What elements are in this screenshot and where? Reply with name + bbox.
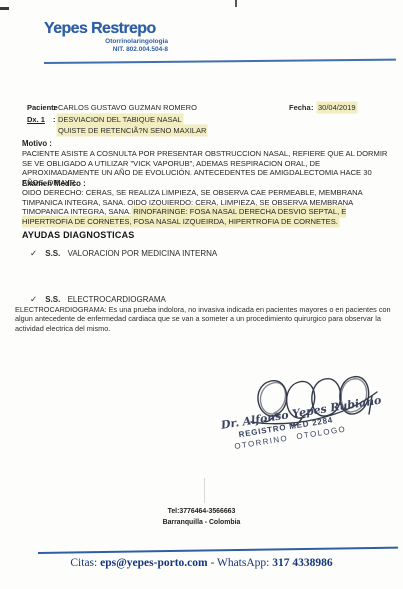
ekg-description: ELECTROCARDIOGRAMA: Es una prueba indolo…	[15, 305, 396, 333]
colon: :	[53, 103, 56, 112]
footer-phone: Tel:3776464-3566663	[0, 508, 403, 515]
diagnosis-1: DESVIACION DEL TABIQUE NASAL	[58, 115, 182, 124]
letterhead: Yepes Restrepo Otorrinolaringologia NIT.…	[44, 20, 168, 54]
citas-email: eps@yepes-porto.com	[100, 557, 207, 569]
footer-city: Barranquilla - Colombia	[0, 519, 403, 526]
clinic-name: Yepes Restrepo	[44, 20, 168, 38]
patient-name: CARLOS GUSTAVO GUZMAN ROMERO	[58, 103, 197, 112]
date-label: Fecha	[289, 103, 311, 112]
scan-artifact	[0, 7, 9, 10]
whatsapp-label: WhatsApp:	[217, 557, 272, 569]
check-icon: ✓	[30, 248, 43, 259]
date-value: 30/04/2019	[318, 103, 356, 112]
order-item: ✓ S.S. VALORACION POR MEDICINA INTERNA	[30, 248, 217, 259]
ss-label: S.S.	[45, 249, 60, 258]
colon: :	[53, 115, 56, 124]
ayudas-section-title: AYUDAS DIAGNOSTICAS	[22, 230, 134, 240]
scan-artifact	[204, 478, 205, 503]
whatsapp-number: 317 4338986	[272, 557, 332, 569]
footer-divider	[38, 547, 398, 554]
order-item: ✓ S.S. ELECTROCARDIOGRAMA	[30, 294, 166, 305]
motivo-section-label: Motivo :	[22, 139, 52, 148]
citas-label: Citas:	[70, 557, 100, 569]
header-divider	[44, 59, 396, 64]
footer-contact-line: Citas: eps@yepes-porto.com - WhatsApp: 3…	[0, 557, 403, 569]
order-label: ELECTROCARDIOGRAMA	[68, 295, 166, 304]
scan-artifact	[235, 0, 237, 7]
clinic-nit: NIT. 802.004.504-8	[44, 46, 168, 54]
examen-section-label: Examen Medico :	[22, 179, 86, 188]
diagnosis-2: QUISTE DE RETENCIÃ?N SENO MAXILAR	[58, 126, 206, 135]
dx-label: Dx. 1	[27, 115, 45, 124]
separator: -	[208, 557, 217, 569]
ss-label: S.S.	[45, 295, 60, 304]
examen-text: OIDO DERECHO: CERAS, SE REALIZA LIMPIEZA…	[22, 188, 396, 226]
colon: :	[311, 103, 314, 112]
order-label: VALORACION POR MEDICINA INTERNA	[68, 249, 218, 258]
medical-order-document: Yepes Restrepo Otorrinolaringologia NIT.…	[0, 0, 403, 589]
check-icon: ✓	[30, 294, 43, 305]
clinic-specialty: Otorrinolaringologia	[44, 38, 168, 46]
